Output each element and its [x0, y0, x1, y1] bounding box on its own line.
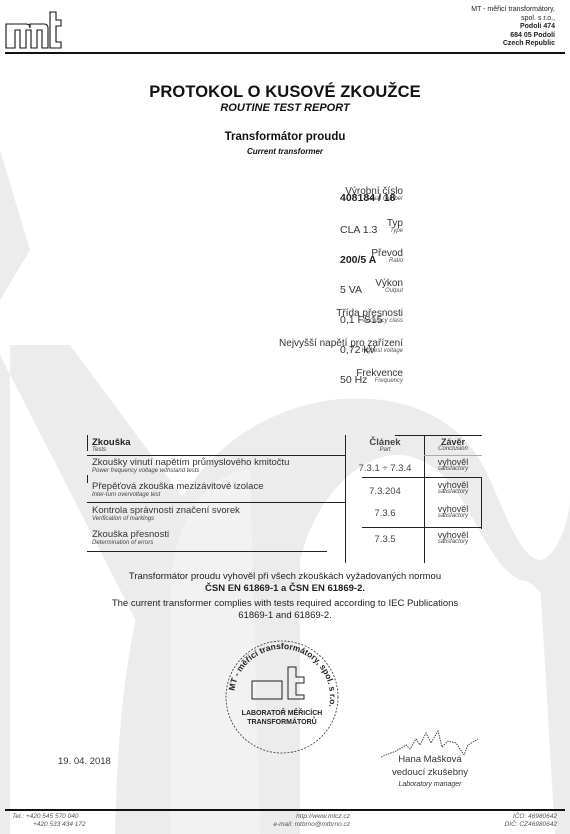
product-subtitle: Current transformer — [0, 147, 570, 156]
footer-contact: http://www.mtcz.cz e-mail: mtbrno@mtbrno… — [210, 813, 350, 829]
statement-en-line2: 61869-1 and 61869-2. — [0, 610, 570, 621]
svg-text:TRANSFORMÁTORŮ: TRANSFORMÁTORŮ — [247, 716, 316, 726]
table-row-part: 7.3.6 — [345, 508, 425, 519]
param-value: 50 Hz — [340, 374, 367, 386]
param-value: 5 VA — [340, 284, 362, 296]
table-rule — [87, 475, 88, 483]
param-value: CLA 1.3 — [340, 224, 377, 236]
document-subtitle: ROUTINE TEST REPORT — [0, 102, 570, 114]
table-rule — [395, 435, 482, 436]
table-rule — [87, 455, 345, 456]
param-ratio: PřevodRatio 200/5 A — [100, 248, 540, 278]
footer-web-link[interactable]: http://www.mtcz.cz — [210, 813, 350, 821]
header-part-en: Part — [345, 447, 425, 453]
footer-rule — [5, 809, 565, 811]
footer-ids: IČO: 46980642 DIČ: CZ46980642 — [495, 813, 557, 829]
footer-email-link[interactable]: e-mail: mtbrno@mtbrno.cz — [210, 821, 350, 829]
table-row-test: Kontrola správnosti značení svorek — [92, 505, 240, 516]
param-value: 0,72 kV — [340, 344, 376, 356]
svg-text:LABORATOŘ MĚŘICÍCH: LABORATOŘ MĚŘICÍCH — [242, 708, 323, 717]
header-test-en: Tests — [92, 447, 106, 453]
signatory-role-en: Laboratory manager — [350, 781, 510, 788]
header-conclusion: Závěr Conclusion — [422, 437, 484, 452]
param-value: 0,1 FS15 — [340, 314, 383, 326]
report-date: 19. 04. 2018 — [58, 756, 111, 767]
param-frequency: FrekvenceFrequency 50 Hz — [100, 368, 540, 398]
table-row-part: 7.3.5 — [345, 534, 425, 545]
table-rule — [362, 477, 482, 478]
table-rule — [87, 502, 345, 503]
table-rule — [424, 455, 482, 456]
param-highest-voltage: Nejvyšší napětí pro zařízeníHighest volt… — [100, 338, 540, 368]
param-serial-number: Výrobní čísloSerial number 408184 / 18 — [100, 186, 540, 216]
footer-phone: Tel.: +420 545 570 040 +420 533 434 172 — [12, 813, 86, 829]
param-value: 200/5 A — [340, 254, 376, 266]
product-title: Transformátor proudu — [0, 131, 570, 143]
table-row-test: Zkouška přesnosti — [92, 529, 169, 540]
table-row-conclusion: vyhověl satisfactory — [422, 504, 484, 519]
param-value: 408184 / 18 — [340, 192, 395, 204]
param-accuracy-class: Třída přesnostiAccuracy class 0,1 FS15 — [100, 308, 540, 338]
table-rule — [87, 551, 327, 552]
signatory-name: Hana Mašková — [350, 754, 510, 765]
table-row-test: Zkoušky vinutí napětím průmyslového kmit… — [92, 457, 289, 468]
table-row-part: 7.3.1 ÷ 7.3.4 — [345, 463, 425, 474]
table-row-conclusion: vyhověl satisfactory — [422, 480, 484, 495]
table-row-conclusion: vyhověl satisfactory — [422, 530, 484, 545]
table-rule — [87, 435, 88, 451]
table-rule — [362, 527, 482, 528]
table-row-part: 7.3.204 — [345, 486, 425, 497]
statement-cz-line2: ČSN EN 61869-1 a ČSN EN 61869-2. — [0, 583, 570, 594]
statement-en-line1: The current transformer complies with te… — [0, 598, 570, 609]
signatory-role: vedoucí zkušebny — [350, 767, 510, 778]
company-address: MT - měřicí transformátory, spol. s r.o.… — [471, 6, 555, 49]
param-type: TypType CLA 1.3 — [100, 218, 540, 248]
table-row-conclusion: vyhověl satisfactory — [422, 457, 484, 472]
laboratory-stamp: MT - měřicí transformátory, spol. s r.o.… — [222, 637, 342, 757]
param-output: VýkonOutput 5 VA — [100, 278, 540, 308]
statement-cz-line1: Transformátor proudu vyhověl při všech z… — [0, 571, 570, 582]
table-row-test: Přepěťová zkouška mezizávitové izolace — [92, 481, 263, 492]
company-logo — [4, 10, 62, 50]
document-title: PROTOKOL O KUSOVÉ ZKOUŽCE — [0, 83, 570, 102]
tests-table: Zkouška Tests Článek Part Závěr Conclusi… — [87, 435, 482, 563]
header-rule — [5, 52, 565, 54]
company-name: MT - měřicí transformátory, — [471, 6, 555, 15]
